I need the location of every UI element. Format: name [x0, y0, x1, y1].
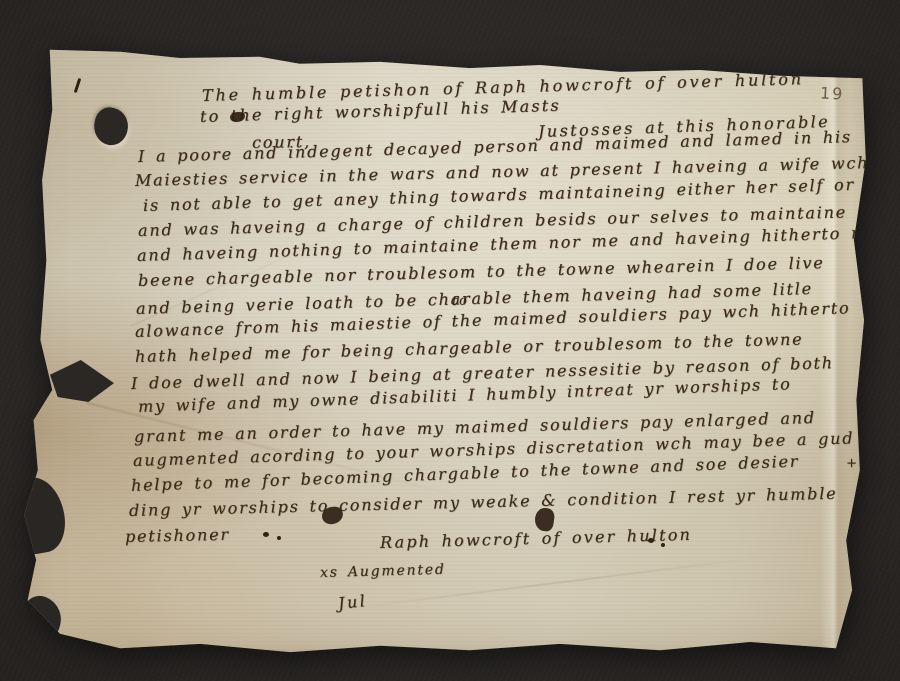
paper-shadow-wrap: 19 The humble petishon of Raph howcroft … — [0, 0, 900, 681]
signature-line: Raph howcroft of over hulton — [380, 525, 692, 552]
ink-dot — [661, 543, 665, 547]
ink-dot — [648, 538, 654, 543]
ink-tick — [74, 78, 81, 93]
paper-tear — [8, 473, 70, 557]
folio-number: 19 — [820, 83, 845, 103]
handwritten-line: petishoner — [125, 525, 230, 546]
clerk-annotation-month: Jul — [337, 591, 368, 613]
paper-tear — [16, 591, 67, 642]
ink-dot — [277, 536, 281, 540]
worm-hole — [90, 104, 132, 148]
plus-mark: + — [846, 456, 859, 471]
interlinear-insertion: to — [452, 293, 469, 309]
petition-paper: 19 The humble petishon of Raph howcroft … — [20, 22, 870, 654]
clerk-annotation-augmented: xs Augmented — [320, 562, 446, 581]
paper-tear — [50, 360, 114, 402]
photograph-backdrop: 19 The humble petishon of Raph howcroft … — [0, 0, 900, 681]
ink-dot — [263, 532, 269, 537]
